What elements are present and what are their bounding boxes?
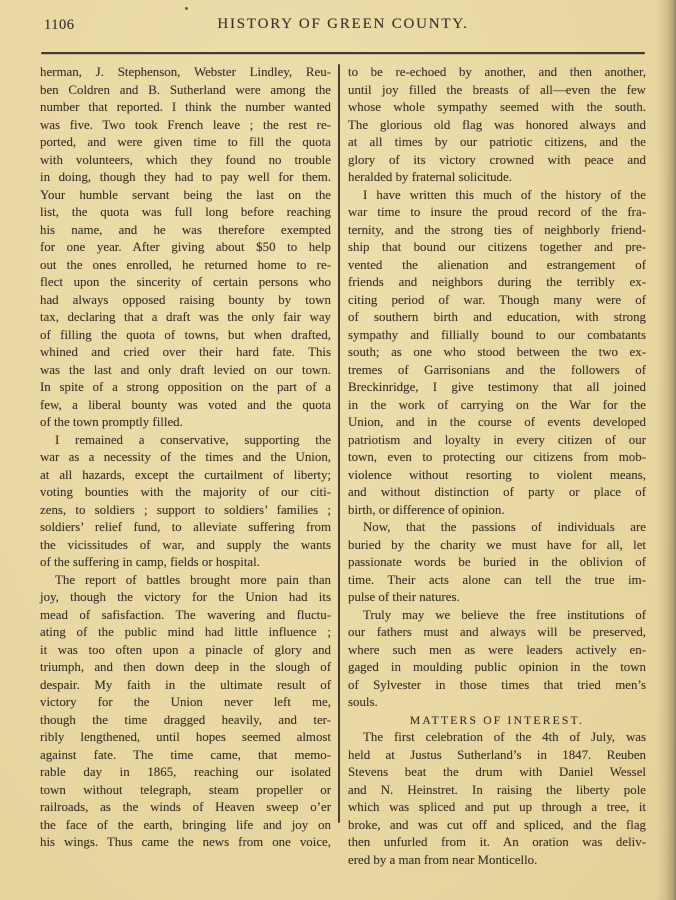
text-line: at all times by our patriotic citizens, …: [348, 134, 646, 152]
text-line: few, a liberal bounty was voted and the …: [40, 397, 331, 415]
text-line: held at Justus Sutherland’s in 1847. Reu…: [348, 747, 646, 765]
text-line: sympathy and fillially bound to our comb…: [348, 327, 646, 345]
text-line: where such men as were leaders actively …: [348, 642, 646, 660]
paragraph: Truly may we believe the free institutio…: [348, 607, 646, 712]
text-line: his wings. Thus came the news from one v…: [40, 834, 331, 852]
text-line: broke, and was cut off and spliced, and …: [348, 817, 646, 835]
text-line: Union, and in the course of events devel…: [348, 414, 646, 432]
text-line: and without distinction of party or plac…: [348, 484, 646, 502]
text-line: against fate. The time came, that memo-: [40, 747, 331, 765]
text-line: passionate words be buried in the oblivi…: [348, 554, 646, 572]
text-line: time. Their acts alone can tell the true…: [348, 572, 646, 590]
text-line: Breckinridge, I give testimony that all …: [348, 379, 646, 397]
text-line: mead of safisfaction. The wavering and f…: [40, 607, 331, 625]
text-line: Truly may we believe the free institutio…: [348, 607, 646, 625]
text-line: The report of battles brought more pain …: [40, 572, 331, 590]
text-line: birth, or difference of opinion.: [348, 502, 646, 520]
text-line: it was too often upon a pinacle of glory…: [40, 642, 331, 660]
text-line: the face of the earth, bringing life and…: [40, 817, 331, 835]
text-line: I remained a conservative, supporting th…: [40, 432, 331, 450]
text-line: In spite of a strong opposition on the p…: [40, 379, 331, 397]
column-right: to be re-echoed by another, and then ano…: [348, 64, 646, 869]
text-line: vented the alienation and estrangement o…: [348, 257, 646, 275]
text-line: had always opposed raising bounty by tow…: [40, 292, 331, 310]
text-line: which was spliced and put up through a t…: [348, 799, 646, 817]
text-line: until joy filled the breasts of all—even…: [348, 82, 646, 100]
text-line: heralded by fraternal solicitude.: [348, 169, 646, 187]
text-line: then unfurled from it. An oration was de…: [348, 834, 646, 852]
text-columns: herman, J. Stephenson, Webster Lindley, …: [40, 64, 646, 869]
text-line: of Sylvester in those times that tried m…: [348, 677, 646, 695]
text-line: pulse of their natures.: [348, 589, 646, 607]
paragraph: I remained a conservative, supporting th…: [40, 432, 331, 572]
text-line: town, even to protecting our citizens fr…: [348, 449, 646, 467]
column-left: herman, J. Stephenson, Webster Lindley, …: [40, 64, 331, 852]
text-line: herman, J. Stephenson, Webster Lindley, …: [40, 64, 331, 82]
paragraph: Now, that the passions of individuals ar…: [348, 519, 646, 607]
text-line: of southern birth and education, with st…: [348, 309, 646, 327]
text-line: triumph, and then down deep in the sloug…: [40, 659, 331, 677]
text-line: voting bounties with the majority of our…: [40, 484, 331, 502]
text-line: at all hazards, except the curtailment o…: [40, 467, 331, 485]
text-line: with volunteers, which they found no tro…: [40, 152, 331, 170]
paragraph: herman, J. Stephenson, Webster Lindley, …: [40, 64, 331, 432]
text-line: victory for the Union never left me,: [40, 694, 331, 712]
text-line: number that reported. I think the number…: [40, 99, 331, 117]
text-line: souls.: [348, 694, 646, 712]
text-line: was five. Two took French leave ; the re…: [40, 117, 331, 135]
text-line: ship that bound our citizens together an…: [348, 239, 646, 257]
text-line: list, the quota was full long before rea…: [40, 204, 331, 222]
text-line: tax, declaring that a draft was the only…: [40, 309, 331, 327]
text-line: buried by the charity we must have for a…: [348, 537, 646, 555]
text-line: ported, and were given time to fill the …: [40, 134, 331, 152]
text-line: in doing, though they had to pay well fo…: [40, 169, 331, 187]
text-line: though the time dragged heavily, and ter…: [40, 712, 331, 730]
scan-artifact-dot: [185, 7, 188, 10]
text-line: of filling the quota of towns, but when …: [40, 327, 331, 345]
text-line: Stevens beat the drum with Daniel Wessel: [348, 764, 646, 782]
section-heading: MATTERS OF INTEREST.: [348, 712, 646, 730]
text-line: of the town promptly filled.: [40, 414, 331, 432]
text-line: whose whole sympathy seemed with the sou…: [348, 99, 646, 117]
text-line: war as a necessity of the times and the …: [40, 449, 331, 467]
column-divider: [338, 64, 340, 823]
paragraph: The report of battles brought more pain …: [40, 572, 331, 852]
paragraph: The first celebration of the 4th of July…: [348, 729, 646, 869]
text-line: town without telegraph, steam propeller …: [40, 782, 331, 800]
text-line: violence without resorting to violent me…: [348, 467, 646, 485]
header-rule: [41, 52, 645, 54]
text-line: war time to insure the proud record of t…: [348, 204, 646, 222]
text-line: was the last and only draft levied on ou…: [40, 362, 331, 380]
text-line: ternity, and the strong ties of neighbor…: [348, 222, 646, 240]
text-line: The first celebration of the 4th of July…: [348, 729, 646, 747]
text-line: to be re-echoed by another, and then ano…: [348, 64, 646, 82]
text-line: flect upon the sincerity of certain pers…: [40, 274, 331, 292]
text-line: zens, to soldiers ; support to soldiers’…: [40, 502, 331, 520]
text-line: citing period of war. Though many were o…: [348, 292, 646, 310]
page-edge-shadow: [656, 0, 676, 900]
text-line: friends and neighbors during the terribl…: [348, 274, 646, 292]
text-line: ribly lengthened, until hopes seemed alm…: [40, 729, 331, 747]
text-line: south; as one who stood between the two …: [348, 344, 646, 362]
text-line: out the ones enrolled, he returned home …: [40, 257, 331, 275]
text-line: Your humble servant being the last on th…: [40, 187, 331, 205]
paragraph: I have written this much of the history …: [348, 187, 646, 520]
text-line: ating of the public mind had little infl…: [40, 624, 331, 642]
text-line: railroads, as the winds of Heaven sweep …: [40, 799, 331, 817]
text-line: despair. My faith in the ultimate result…: [40, 677, 331, 695]
text-line: our fathers must and always will be pres…: [348, 624, 646, 642]
text-line: Now, that the passions of individuals ar…: [348, 519, 646, 537]
text-line: rable day in 1865, reaching our isolated: [40, 764, 331, 782]
text-line: his name, and he was therefore exempted: [40, 222, 331, 240]
paragraph: to be re-echoed by another, and then ano…: [348, 64, 646, 187]
text-line: and N. Heinstret. In raising the liberty…: [348, 782, 646, 800]
text-line: glory of its victory crowned with peace …: [348, 152, 646, 170]
text-line: tremes of Garrisonians and the followers…: [348, 362, 646, 380]
text-line: The glorious old flag was honored always…: [348, 117, 646, 135]
text-line: of the suffering in camp, fields or hosp…: [40, 554, 331, 572]
text-line: soldiers’ relief fund, to alleviate suff…: [40, 519, 331, 537]
text-line: ben Coldren and B. Sutherland were among…: [40, 82, 331, 100]
text-line: ered by a man from near Monticello.: [348, 852, 646, 870]
text-line: for one year. After giving about $50 to …: [40, 239, 331, 257]
text-line: in the work of carrying on the War for t…: [348, 397, 646, 415]
text-line: patriotism and loyalty in every citizen …: [348, 432, 646, 450]
text-line: gaged in moulding public opinion in the …: [348, 659, 646, 677]
text-line: joy, though the victory for the Union ha…: [40, 589, 331, 607]
text-line: the vicissitudes of war, and supply the …: [40, 537, 331, 555]
text-line: I have written this much of the history …: [348, 187, 646, 205]
text-line: whined and cried over their hard fate. T…: [40, 344, 331, 362]
page-title: HISTORY OF GREEN COUNTY.: [40, 16, 646, 33]
